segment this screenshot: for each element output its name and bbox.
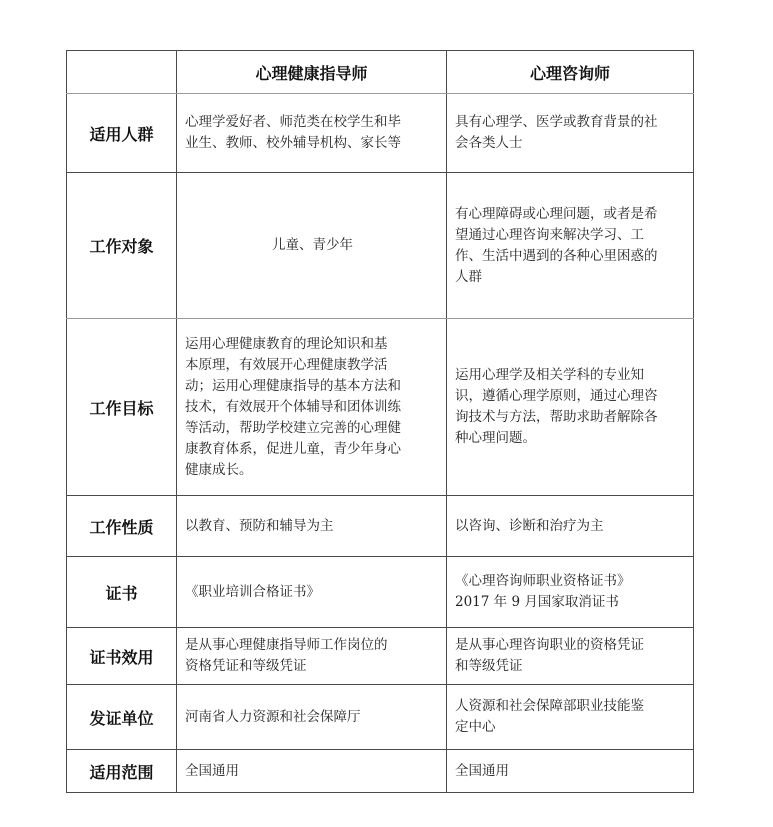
- row-label: 工作目标: [67, 319, 177, 496]
- cell-text-line: 具有心理学、医学或教育背景的社: [455, 112, 687, 133]
- cell-text-line: 和等级凭证: [455, 656, 687, 677]
- cell-text-line: 全国通用: [455, 761, 687, 782]
- cell-counselor: 《心理咨询师职业资格证书》 2017 年 9 月国家取消证书: [447, 557, 694, 628]
- cell-text-line: 河南省人力资源和社会保障厅: [185, 707, 440, 728]
- cell-text-line: 等活动，帮助学校建立完善的心理健: [185, 418, 440, 439]
- row-label: 适用范围: [67, 750, 177, 793]
- cell-text-line: 有心理障碍或心理问题，或者是希: [455, 204, 687, 225]
- row-label: 发证单位: [67, 685, 177, 750]
- column-header-health-guide: 心理健康指导师: [177, 51, 447, 94]
- cell-text-line: 识，遵循心理学原则，通过心理咨: [455, 386, 687, 407]
- table-row-applicable-people: 适用人群 心理学爱好者、师范类在校学生和毕 业生、教师、校外辅导机构、家长等 具…: [67, 94, 694, 173]
- cell-text-line: 业生、教师、校外辅导机构、家长等: [185, 133, 440, 154]
- cell-text-line: 《心理咨询师职业资格证书》: [455, 571, 687, 592]
- cell-text-line: 资格凭证和等级凭证: [185, 656, 440, 677]
- table-row-scope: 适用范围 全国通用 全国通用: [67, 750, 694, 793]
- cell-text-line: 是从事心理咨询职业的资格凭证: [455, 635, 687, 656]
- cell-text-line: 《职业培训合格证书》: [185, 582, 440, 603]
- cell-text-line: 是从事心理健康指导师工作岗位的: [185, 635, 440, 656]
- cell-text-line: 动；运用心理健康指导的基本方法和: [185, 376, 440, 397]
- cell-text-line: 本原理，有效展开心理健康教学活: [185, 355, 440, 376]
- cell-text-line: 运用心理健康教育的理论知识和基: [185, 334, 440, 355]
- cell-health-guide: 运用心理健康教育的理论知识和基 本原理，有效展开心理健康教学活 动；运用心理健康…: [177, 319, 447, 496]
- cell-health-guide: 儿童、青少年: [177, 173, 447, 319]
- comparison-table: 心理健康指导师 心理咨询师 适用人群 心理学爱好者、师范类在校学生和毕 业生、教…: [66, 50, 694, 793]
- cell-text-line: 心理学爱好者、师范类在校学生和毕: [185, 112, 440, 133]
- cell-text-line: 望通过心理咨询来解决学习、工: [455, 225, 687, 246]
- cell-text-line: 技术，有效展开个体辅导和团体训练: [185, 397, 440, 418]
- cell-text-line: 询技术与方法，帮助求助者解除各: [455, 407, 687, 428]
- cell-text-line: 康教育体系，促进儿童，青少年身心: [185, 439, 440, 460]
- cell-counselor: 有心理障碍或心理问题，或者是希 望通过心理咨询来解决学习、工 作、生活中遇到的各…: [447, 173, 694, 319]
- header-row: 心理健康指导师 心理咨询师: [67, 51, 694, 94]
- row-label: 工作性质: [67, 496, 177, 557]
- cell-text-line: 定中心: [455, 717, 687, 738]
- cell-text-line: 全国通用: [185, 761, 440, 782]
- table-row-certificate: 证书 《职业培训合格证书》 《心理咨询师职业资格证书》 2017 年 9 月国家…: [67, 557, 694, 628]
- cell-counselor: 具有心理学、医学或教育背景的社 会各类人士: [447, 94, 694, 173]
- cell-counselor: 以咨询、诊断和治疗为主: [447, 496, 694, 557]
- table-row-certificate-effect: 证书效用 是从事心理健康指导师工作岗位的 资格凭证和等级凭证 是从事心理咨询职业…: [67, 628, 694, 685]
- cell-text-line: 儿童、青少年: [185, 235, 440, 256]
- cell-health-guide: 心理学爱好者、师范类在校学生和毕 业生、教师、校外辅导机构、家长等: [177, 94, 447, 173]
- row-label: 证书效用: [67, 628, 177, 685]
- cell-health-guide: 是从事心理健康指导师工作岗位的 资格凭证和等级凭证: [177, 628, 447, 685]
- cell-counselor: 运用心理学及相关学科的专业知 识，遵循心理学原则，通过心理咨 询技术与方法，帮助…: [447, 319, 694, 496]
- cell-text-line: 会各类人士: [455, 133, 687, 154]
- cell-counselor: 全国通用: [447, 750, 694, 793]
- cell-text-line: 以咨询、诊断和治疗为主: [455, 516, 687, 537]
- row-label: 工作对象: [67, 173, 177, 319]
- cell-text-line: 种心理问题。: [455, 428, 687, 449]
- corner-cell: [67, 51, 177, 94]
- cell-counselor: 是从事心理咨询职业的资格凭证 和等级凭证: [447, 628, 694, 685]
- cell-health-guide: 以教育、预防和辅导为主: [177, 496, 447, 557]
- cell-text-line: 以教育、预防和辅导为主: [185, 516, 440, 537]
- cell-health-guide: 全国通用: [177, 750, 447, 793]
- table-row-work-object: 工作对象 儿童、青少年 有心理障碍或心理问题，或者是希 望通过心理咨询来解决学习…: [67, 173, 694, 319]
- cell-health-guide: 《职业培训合格证书》: [177, 557, 447, 628]
- cell-health-guide: 河南省人力资源和社会保障厅: [177, 685, 447, 750]
- cell-counselor: 人资源和社会保障部职业技能鉴 定中心: [447, 685, 694, 750]
- document-page: 心理健康指导师 心理咨询师 适用人群 心理学爱好者、师范类在校学生和毕 业生、教…: [0, 0, 773, 827]
- cell-text-line: 运用心理学及相关学科的专业知: [455, 365, 687, 386]
- cell-text-line: 人资源和社会保障部职业技能鉴: [455, 696, 687, 717]
- cell-text-line: 2017 年 9 月国家取消证书: [455, 592, 687, 613]
- row-label: 证书: [67, 557, 177, 628]
- column-header-counselor: 心理咨询师: [447, 51, 694, 94]
- table-row-work-goal: 工作目标 运用心理健康教育的理论知识和基 本原理，有效展开心理健康教学活 动；运…: [67, 319, 694, 496]
- cell-text-line: 作、生活中遇到的各种心里困惑的: [455, 246, 687, 267]
- row-label: 适用人群: [67, 94, 177, 173]
- cell-text-line: 人群: [455, 267, 687, 288]
- table-row-work-nature: 工作性质 以教育、预防和辅导为主 以咨询、诊断和治疗为主: [67, 496, 694, 557]
- cell-text-line: 健康成长。: [185, 460, 440, 481]
- table-row-issuing-authority: 发证单位 河南省人力资源和社会保障厅 人资源和社会保障部职业技能鉴 定中心: [67, 685, 694, 750]
